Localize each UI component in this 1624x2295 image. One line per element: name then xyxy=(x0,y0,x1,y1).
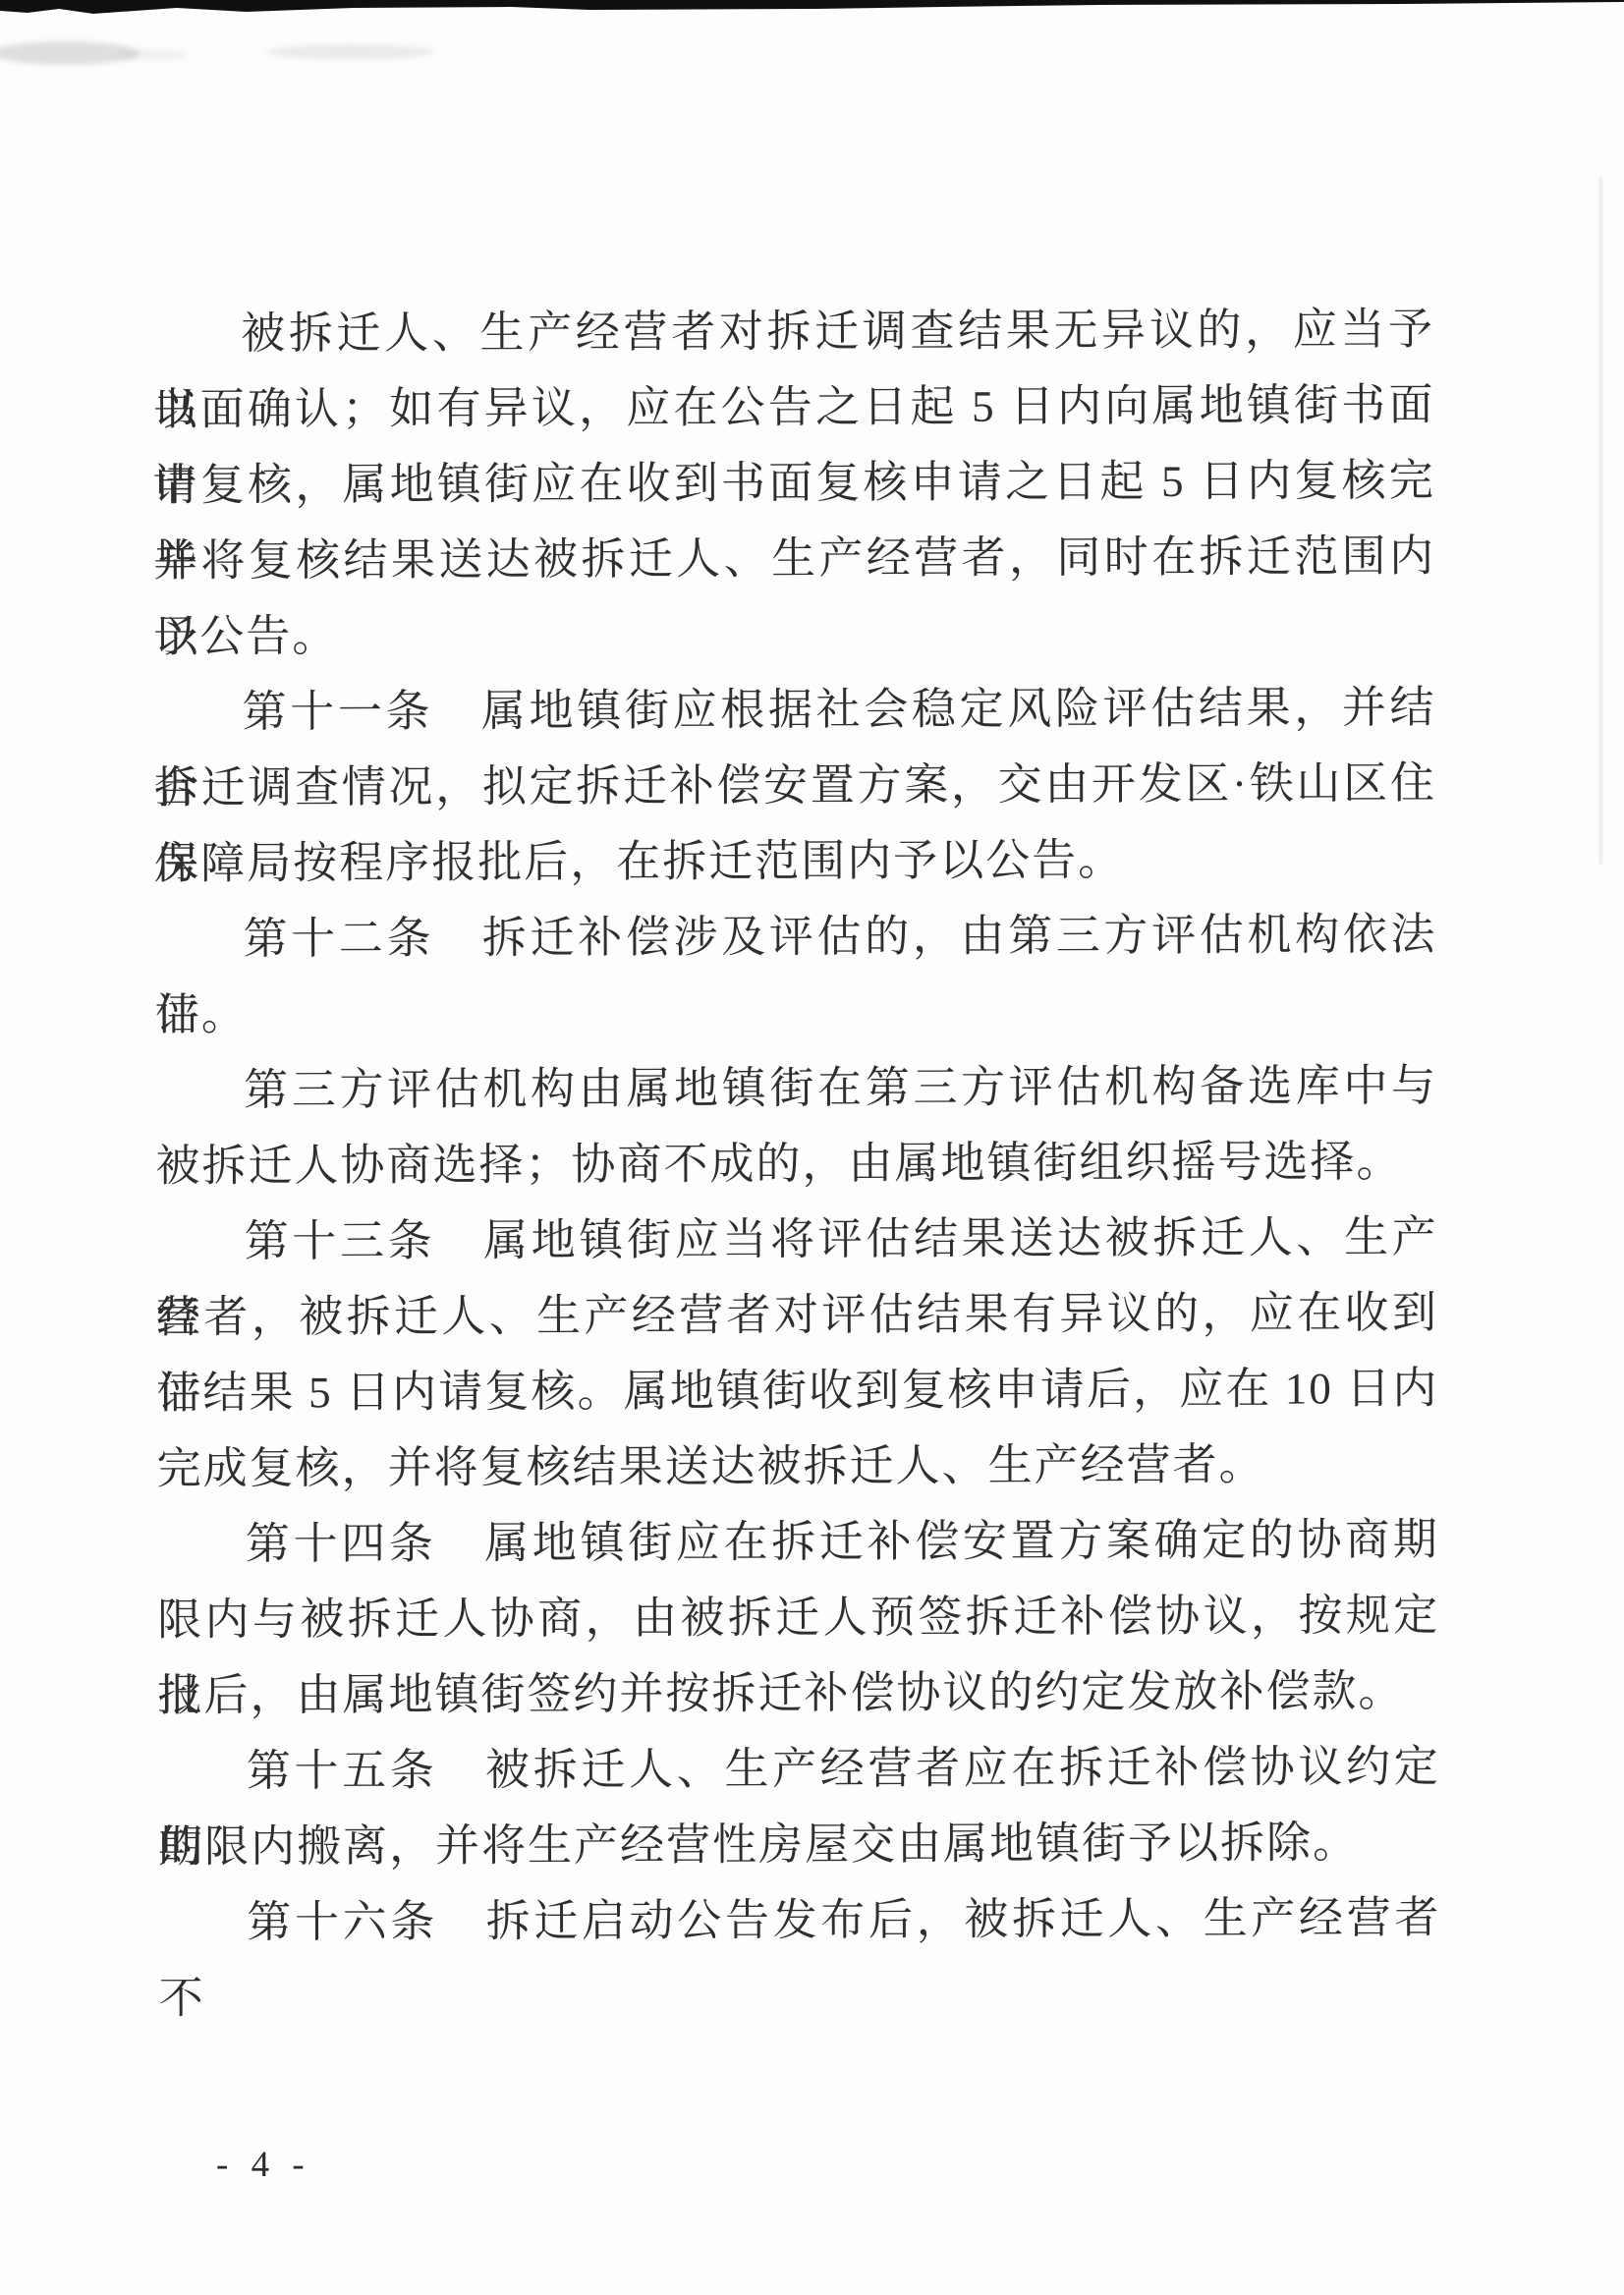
text-line: 营者，被拆迁人、生产经营者对评估结果有异议的，应在收到评 xyxy=(156,1275,1438,1356)
text-line: 请复核，属地镇街应在收到书面复核申请之日起 5 日内复核完毕 xyxy=(153,443,1435,524)
text-line: 第十六条 拆迁启动公告发布后，被拆迁人、生产经营者不 xyxy=(158,1880,1440,1961)
scan-edge-artifact xyxy=(0,0,1624,16)
text-line: 期限内搬离，并将生产经营性房屋交由属地镇街予以拆除。 xyxy=(158,1805,1440,1885)
scan-streak xyxy=(1599,177,1602,865)
text-line: 第十四条 属地镇街应在拆迁补偿安置方案确定的协商期 xyxy=(157,1502,1439,1583)
text-line: 书面确认；如有异议，应在公告之日起 5 日内向属地镇街书面申 xyxy=(152,367,1434,448)
text-line: 第十二条 拆迁补偿涉及评估的，由第三方评估机构依法评 xyxy=(154,897,1436,978)
scanned-document-page: 被拆迁人、生产经营者对拆迁调查结果无异议的，应当予以 书面确认；如有异议，应在公… xyxy=(0,0,1624,2295)
text-line: 完成复核，并将复核结果送达被拆迁人、生产经营者。 xyxy=(156,1427,1438,1507)
text-line: 估。 xyxy=(155,973,1437,1053)
text-line: 保障局按程序报批后，在拆迁范围内予以公告。 xyxy=(154,821,1436,902)
text-line: 第十三条 属地镇街应当将评估结果送达被拆迁人、生产经 xyxy=(156,1200,1438,1280)
text-line: 以公告。 xyxy=(153,594,1435,675)
text-line: 拆迁调查情况，拟定拆迁补偿安置方案，交由开发区·铁山区住房 xyxy=(154,746,1436,826)
scan-smudge xyxy=(0,41,140,65)
text-line: 被拆迁人协商选择；协商不成的，由属地镇街组织摇号选择。 xyxy=(155,1124,1437,1204)
text-line: 限内与被拆迁人协商，由被拆迁人预签拆迁补偿协议，按规定报 xyxy=(157,1578,1439,1658)
text-line: 并将复核结果送达被拆迁人、生产经营者，同时在拆迁范围内予 xyxy=(153,519,1435,599)
page-number: - 4 - xyxy=(216,2144,311,2186)
text-line: 第十五条 被拆迁人、生产经营者应在拆迁补偿协议约定的 xyxy=(158,1729,1440,1810)
text-line: 第三方评估机构由属地镇街在第三方评估机构备选库中与 xyxy=(155,1048,1437,1129)
text-line: 被拆迁人、生产经营者对拆迁调查结果无异议的，应当予以 xyxy=(152,292,1434,372)
scan-smudge xyxy=(267,44,434,60)
document-body: 被拆迁人、生产经营者对拆迁调查结果无异议的，应当予以 书面确认；如有异议，应在公… xyxy=(152,292,1440,1961)
text-line: 估结果 5 日内请复核。属地镇街收到复核申请后，应在 10 日内 xyxy=(156,1351,1438,1431)
text-line: 第十一条 属地镇街应根据社会稳定风险评估结果，并结合 xyxy=(153,670,1435,751)
scan-smudge xyxy=(118,49,187,61)
text-line: 批后，由属地镇街签约并按拆迁补偿协议的约定发放补偿款。 xyxy=(157,1653,1439,1734)
